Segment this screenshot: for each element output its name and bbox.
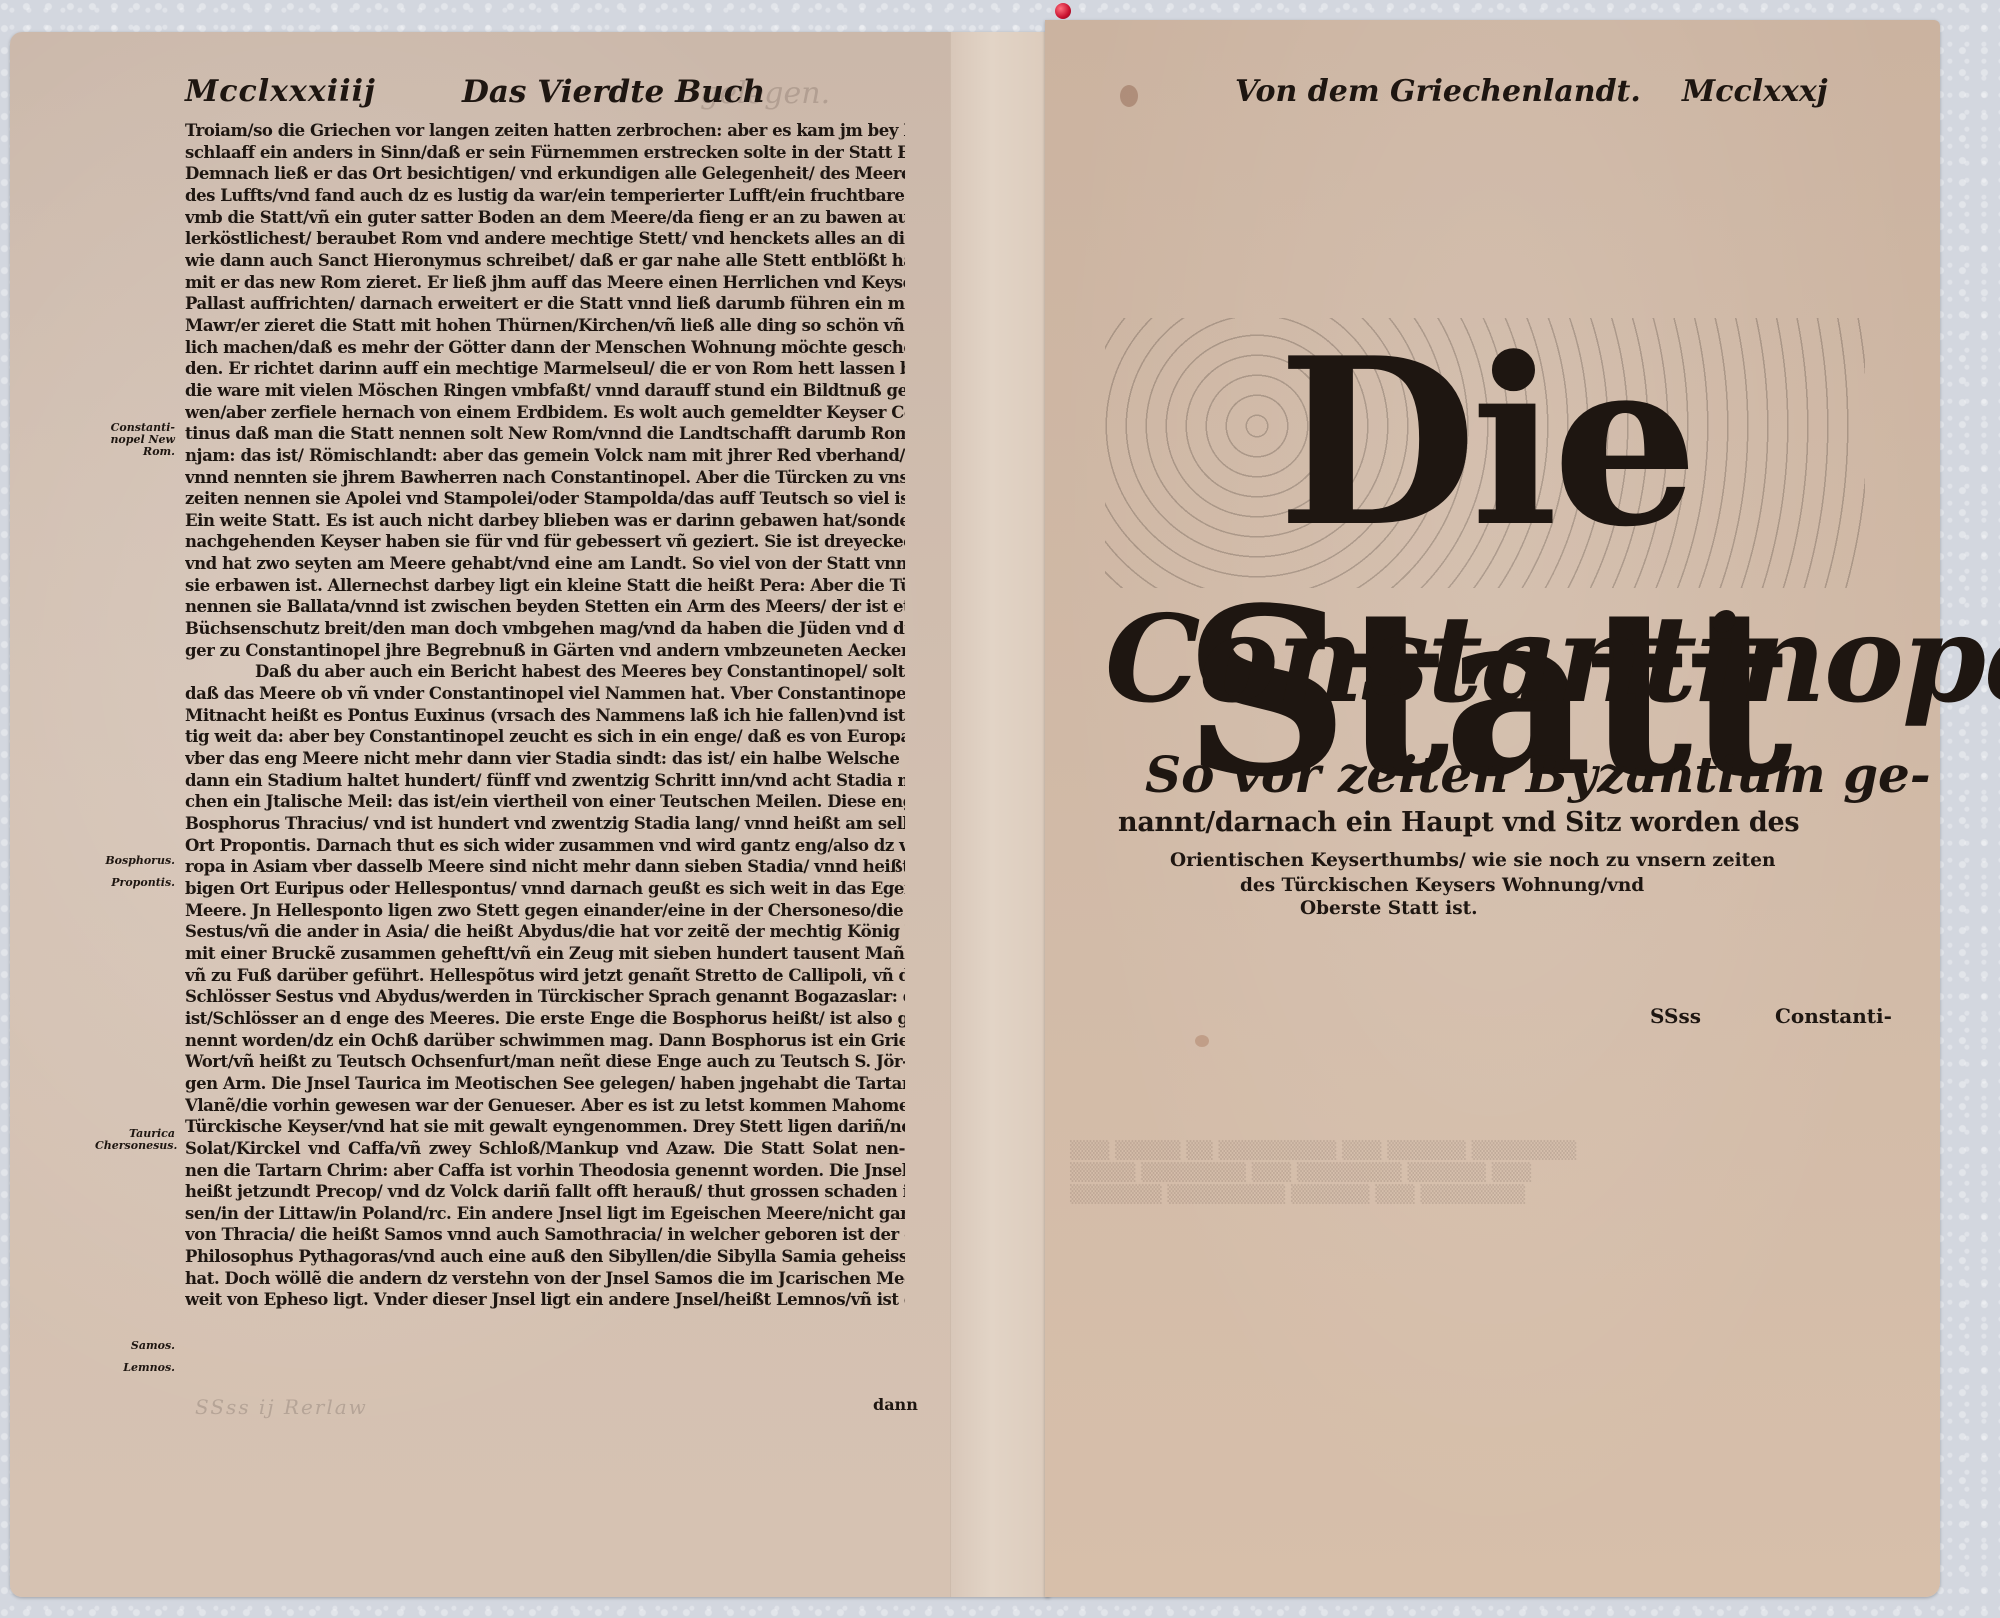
subtitle-line-3: Orientischen Keyserthumbs/ wie sie noch …: [1170, 850, 1775, 871]
text-line: lerköstlichest/ beraubet Rom vnd andere …: [185, 228, 905, 250]
subtitle-line-4: des Türckischen Keysers Wohnung/vnd: [1240, 875, 1644, 896]
text-line: Wort/vñ heißt zu Teutsch Ochsenfurt/man …: [185, 1051, 905, 1073]
text-line: Schlösser Sestus vnd Abydus/werden in Tü…: [185, 986, 905, 1008]
red-push-pin: [1055, 3, 1071, 19]
text-line: nen die Tartarn Chrim: aber Caffa ist vo…: [185, 1160, 905, 1182]
text-line: tig weit da: aber bey Constantinopel zeu…: [185, 726, 905, 748]
text-line: daß das Meere ob vñ vnder Constantinopel…: [185, 683, 905, 705]
gutter-repair-strip: [950, 32, 1051, 1597]
text-line: nachgehenden Keyser haben sie für vnd fü…: [185, 531, 905, 553]
catchword-left: dann: [873, 1395, 918, 1414]
text-line: nennen sie Ballata/vnnd ist zwischen bey…: [185, 596, 905, 618]
text-line: Mawr/er zieret die Statt mit hohen Thürn…: [185, 315, 905, 337]
running-title-left: Das Vierdte Buch: [462, 74, 765, 110]
text-line: gen Arm. Die Jnsel Taurica im Meotischen…: [185, 1073, 905, 1095]
text-line: nennt worden/dz ein Ochß darüber schwimm…: [185, 1030, 905, 1052]
subtitle-line-2: nannt/darnach ein Haupt vnd Sitz worden …: [1118, 807, 1799, 838]
text-line: heißt jetzundt Precop/ vnd dz Volck dari…: [185, 1181, 905, 1203]
text-line: von Thracia/ die heißt Samos vnnd auch S…: [185, 1224, 905, 1246]
margin-note: Samos.: [95, 1340, 175, 1352]
folio-number-right: Mcclxxxj: [1682, 74, 1828, 109]
ornamental-title-die-statt: Die Statt: [1105, 318, 1865, 588]
body-text: Troiam/so die Griechen vor langen zeiten…: [185, 120, 905, 1311]
text-line: des Luffts/vnd fand auch dz es lustig da…: [185, 185, 905, 207]
folio-number-left: Mcclxxxiiij: [185, 74, 376, 109]
bleedthrough-text-right: ▒▒▒ ▒▒▒▒▒ ▒▒ ▒▒▒▒▒▒▒▒▒ ▒▒▒ ▒▒▒▒▒▒ ▒▒▒▒▒▒…: [1070, 1140, 1890, 1206]
catchword-right: Constanti-: [1775, 1004, 1892, 1028]
text-line: njam: das ist/ Römischlandt: aber das ge…: [185, 445, 905, 467]
text-line: dann ein Stadium haltet hundert/ fünff v…: [185, 770, 905, 792]
text-line: Ort Propontis. Darnach thut es sich wide…: [185, 835, 905, 857]
text-line: bigen Ort Euripus oder Hellespontus/ vnn…: [185, 878, 905, 900]
text-line: Büchsenschutz breit/den man doch vmbgehe…: [185, 618, 905, 640]
text-line: vmb die Statt/vñ ein guter satter Boden …: [185, 207, 905, 229]
text-line: Solat/Kirckel vnd Caffa/vñ zwey Schloß/M…: [185, 1138, 905, 1160]
text-line: schlaaff ein anders in Sinn/daß er sein …: [185, 142, 905, 164]
text-line: ropa in Asiam vber dasselb Meere sind ni…: [185, 856, 905, 878]
text-line: Türckische Keyser/vnd hat sie mit gewalt…: [185, 1116, 905, 1138]
margin-note: TauricaChersonesus.: [95, 1128, 175, 1152]
text-line: vnnd nennten sie jhrem Bawherren nach Co…: [185, 467, 905, 489]
text-line: Philosophus Pythagoras/vnd auch eine auß…: [185, 1246, 905, 1268]
running-title-right: Von dem Griechenlandt.: [1235, 74, 1641, 109]
paper-stain: [1120, 85, 1138, 107]
text-line: Daß du aber auch ein Bericht habest des …: [185, 661, 905, 683]
subtitle-line-5: Oberste Statt ist.: [1300, 898, 1478, 919]
text-line: sie erbawen ist. Allernechst darbey ligt…: [185, 575, 905, 597]
text-line: ger zu Constantinopel jhre Begrebnuß in …: [185, 640, 905, 662]
text-line: weit von Epheso ligt. Vnder dieser Jnsel…: [185, 1289, 905, 1311]
text-line: vber das eng Meere nicht mehr dann vier …: [185, 748, 905, 770]
text-line: Mitnacht heißt es Pontus Euxinus (vrsach…: [185, 705, 905, 727]
title-line-2: Constantinopel/: [1105, 590, 1890, 730]
text-line: sen/in der Littaw/in Poland/rc. Ein ande…: [185, 1203, 905, 1225]
faint-bleedthrough-signature: SSss ij Rerlaw: [195, 1395, 368, 1419]
text-line: mit er das new Rom zieret. Er ließ jhm a…: [185, 272, 905, 294]
text-line: Meere. Jn Hellesponto ligen zwo Stett ge…: [185, 900, 905, 922]
margin-note: Constanti-nopel NewRom.: [95, 422, 175, 458]
text-line: hat. Doch wöllẽ die andern dz verstehn v…: [185, 1268, 905, 1290]
text-line: den. Er richtet darinn auff ein mechtige…: [185, 358, 905, 380]
text-line: Ein weite Statt. Es ist auch nicht darbe…: [185, 510, 905, 532]
text-line: mit einer Bruckẽ zusammen geheftt/vñ ein…: [185, 943, 905, 965]
text-line: zeiten nennen sie Apolei vnd Stampolei/o…: [185, 488, 905, 510]
text-line: wen/aber zerfiele hernach von einem Erdb…: [185, 402, 905, 424]
text-line: tinus daß man die Statt nennen solt New …: [185, 423, 905, 445]
text-line: Sestus/vñ die ander in Asia/ die heißt A…: [185, 921, 905, 943]
margin-note: Lemnos.: [95, 1362, 175, 1374]
text-line: die ware mit vielen Möschen Ringen vmbfa…: [185, 380, 905, 402]
text-line: ist/Schlösser an d enge des Meeres. Die …: [185, 1008, 905, 1030]
text-line: wie dann auch Sanct Hieronymus schreibet…: [185, 250, 905, 272]
text-line: Bosphorus Thracius/ vnd ist hundert vnd …: [185, 813, 905, 835]
text-line: chen ein Jtalische Meil: das ist/ein vie…: [185, 791, 905, 813]
paper-stain: [1195, 1035, 1209, 1047]
margin-note: Bosphorus.: [95, 855, 175, 867]
text-line: Troiam/so die Griechen vor langen zeiten…: [185, 120, 905, 142]
text-line: Pallast auffrichten/ darnach erweitert e…: [185, 293, 905, 315]
margin-note: Propontis.: [95, 877, 175, 889]
text-line: Vlanẽ/die vorhin gewesen war der Genuese…: [185, 1095, 905, 1117]
text-line: lich machen/daß es mehr der Götter dann …: [185, 337, 905, 359]
text-line: vñ zu Fuß darüber geführt. Hellespõtus w…: [185, 965, 905, 987]
text-line: Demnach ließ er das Ort besichtigen/ vnd…: [185, 163, 905, 185]
text-line: vnd hat zwo seyten am Meere gehabt/vnd e…: [185, 553, 905, 575]
subtitle-line-1: So vor zeiten Byzantium ge-: [1145, 745, 1931, 804]
signature-mark: SSss: [1650, 1004, 1701, 1028]
